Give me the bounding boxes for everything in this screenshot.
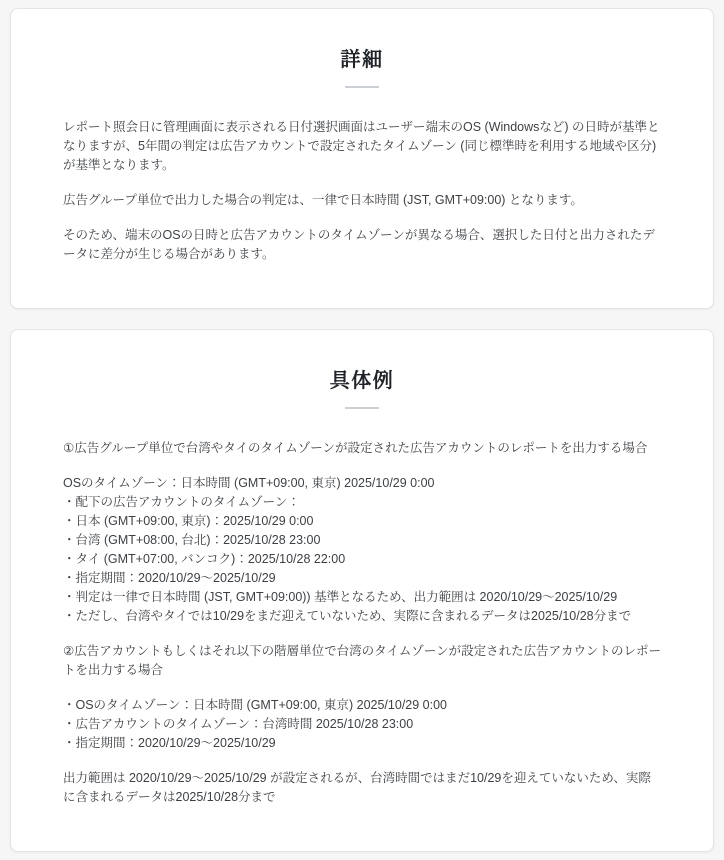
example-case1-list: OSのタイムゾーン：日本時間 (GMT+09:00, 東京) 2025/10/2… (63, 474, 661, 626)
example-case2-list: ・OSのタイムゾーン：日本時間 (GMT+09:00, 東京) 2025/10/… (63, 696, 661, 753)
example-case2-title: ②広告アカウントもしくはそれ以下の階層単位で台湾のタイムゾーンが設定された広告ア… (63, 642, 661, 680)
example-heading-divider (345, 407, 379, 409)
case2-line-specified-period: ・指定期間：2020/10/29～2025/10/29 (63, 734, 661, 753)
case2-line-os-timezone: ・OSのタイムゾーン：日本時間 (GMT+09:00, 東京) 2025/10/… (63, 696, 661, 715)
case1-line-japan: ・日本 (GMT+09:00, 東京)：2025/10/29 0:00 (63, 512, 661, 531)
example-conclusion: 出力範囲は 2020/10/29～2025/10/29 が設定されるが、台湾時間… (63, 769, 661, 807)
help-page: 詳細 レポート照会日に管理画面に表示される日付選択画面はユーザー端末のOS (W… (0, 0, 724, 860)
case1-line-specified-period: ・指定期間：2020/10/29～2025/10/29 (63, 569, 661, 588)
case1-line-os-timezone: OSのタイムゾーン：日本時間 (GMT+09:00, 東京) 2025/10/2… (63, 474, 661, 493)
example-card-heading: 具体例 (63, 370, 661, 393)
detail-paragraph-1: レポート照会日に管理画面に表示される日付選択画面はユーザー端末のOS (Wind… (63, 118, 661, 175)
detail-paragraph-3: そのため、端末のOSの日時と広告アカウントのタイムゾーンが異なる場合、選択した日… (63, 226, 661, 264)
case1-line-note: ・ただし、台湾やタイでは10/29をまだ迎えていないため、実際に含まれるデータは… (63, 607, 661, 626)
case1-line-subordinate-accounts: ・配下の広告アカウントのタイムゾーン： (63, 493, 661, 512)
detail-card-heading: 詳細 (63, 49, 661, 72)
case1-line-judgement: ・判定は一律で日本時間 (JST, GMT+09:00)) 基準となるため、出力… (63, 588, 661, 607)
detail-card-body: レポート照会日に管理画面に表示される日付選択画面はユーザー端末のOS (Wind… (63, 118, 661, 264)
detail-heading-divider (345, 86, 379, 88)
example-card: 具体例 ①広告グループ単位で台湾やタイのタイムゾーンが設定された広告アカウントの… (10, 329, 714, 852)
example-card-body: ①広告グループ単位で台湾やタイのタイムゾーンが設定された広告アカウントのレポート… (63, 439, 661, 807)
detail-paragraph-2: 広告グループ単位で出力した場合の判定は、一律で日本時間 (JST, GMT+09… (63, 191, 661, 210)
case1-line-taiwan: ・台湾 (GMT+08:00, 台北)：2025/10/28 23:00 (63, 531, 661, 550)
detail-card: 詳細 レポート照会日に管理画面に表示される日付選択画面はユーザー端末のOS (W… (10, 8, 714, 309)
case1-line-thailand: ・タイ (GMT+07:00, バンコク)：2025/10/28 22:00 (63, 550, 661, 569)
example-case1-title: ①広告グループ単位で台湾やタイのタイムゾーンが設定された広告アカウントのレポート… (63, 439, 661, 458)
case2-line-account-timezone: ・広告アカウントのタイムゾーン：台湾時間 2025/10/28 23:00 (63, 715, 661, 734)
